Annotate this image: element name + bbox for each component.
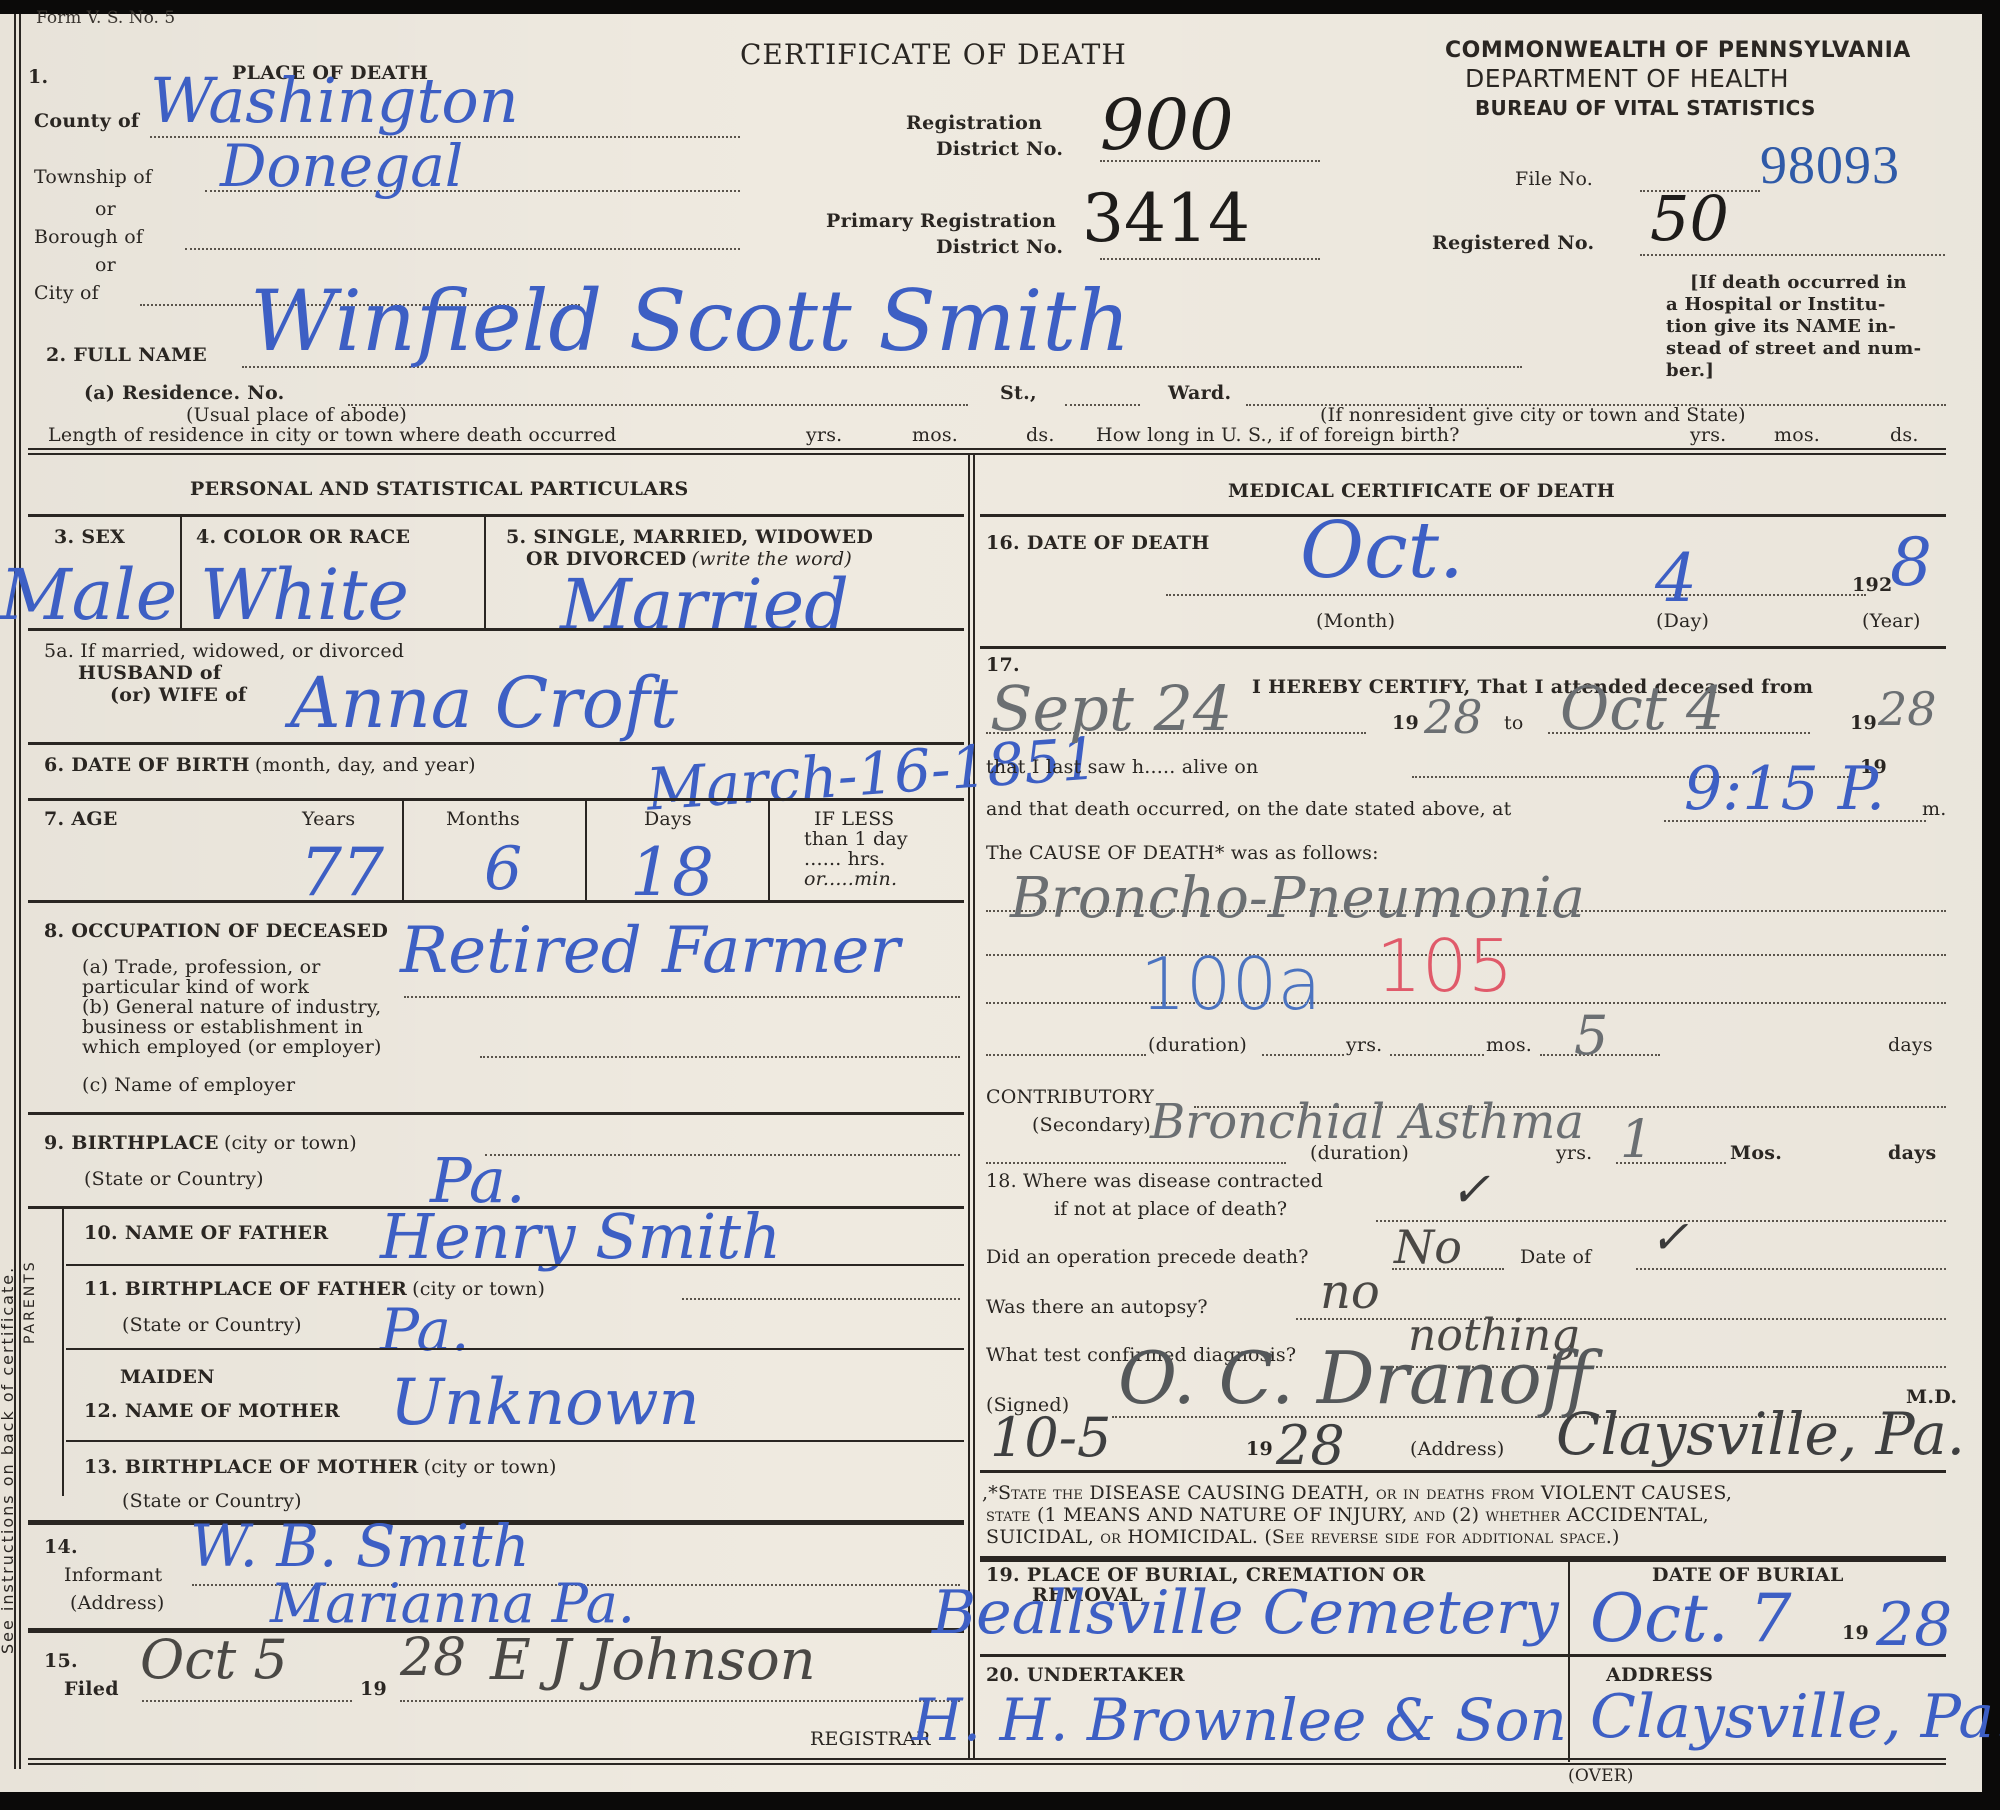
- birthplace-label: 9. BIRTHPLACE: [44, 1132, 219, 1154]
- autopsy-label: Was there an autopsy?: [986, 1296, 1208, 1318]
- date-of-value[interactable]: ✓: [1650, 1210, 1689, 1264]
- agency-line-3: BUREAU OF VITAL STATISTICS: [1475, 96, 1816, 120]
- row-rule-footnote: [980, 1556, 1946, 1562]
- form-number: Form V. S. No. 5: [36, 8, 175, 28]
- filed-date-value[interactable]: Oct 5: [140, 1628, 288, 1691]
- age-divider-1: [402, 800, 404, 900]
- date-of-label: Date of: [1520, 1246, 1591, 1268]
- row-rule-sex: [28, 628, 964, 631]
- dod-day-value[interactable]: 4: [1655, 540, 1697, 617]
- father-label: 10. NAME OF FATHER: [84, 1222, 328, 1244]
- county-value[interactable]: Washington: [150, 64, 519, 137]
- registrar-signature[interactable]: E J Johnson: [490, 1628, 816, 1693]
- or-label-2: or: [95, 254, 116, 276]
- occupation-b-3: which employed (or employer): [82, 1036, 382, 1058]
- occupation-b-1: (b) General nature of industry,: [82, 996, 381, 1018]
- occupation-a-1: (a) Trade, profession, or: [82, 956, 321, 978]
- father-value[interactable]: Henry Smith: [380, 1200, 781, 1273]
- less-than-day-4: or.....min.: [804, 868, 897, 890]
- duration-mos-label: mos.: [1486, 1034, 1532, 1056]
- hospital-note-4: stead of street and num-: [1666, 338, 1921, 359]
- duration-days-value[interactable]: 5: [1574, 1004, 1608, 1067]
- row-rule-burial: [980, 1654, 1946, 1657]
- dod-month-value[interactable]: Oct.: [1300, 506, 1464, 596]
- age-months-value[interactable]: 6: [484, 834, 522, 904]
- birthplace-note: (city or town): [224, 1132, 357, 1154]
- dob-note: (month, day, and year): [255, 754, 476, 776]
- spouse-label-2: HUSBAND of: [78, 662, 221, 684]
- mother-value[interactable]: Unknown: [390, 1366, 700, 1440]
- header-separator: [28, 448, 1946, 455]
- sex-label: 3. SEX: [54, 526, 125, 548]
- row-rule-occupation: [28, 1112, 964, 1115]
- last-saw-label: that I last saw h..... alive on: [986, 756, 1258, 778]
- medical-section-title: MEDICAL CERTIFICATE OF DEATH: [1228, 480, 1615, 502]
- filed-year-value[interactable]: 28: [400, 1628, 466, 1688]
- length-yrs: yrs.: [806, 424, 842, 446]
- age-divider-2: [585, 800, 587, 900]
- less-than-day-1: IF LESS: [814, 808, 894, 830]
- duration-days-label: days: [1888, 1034, 1933, 1056]
- primary-reg-label-1: Primary Registration: [826, 210, 1056, 232]
- age-months-label: Months: [446, 808, 520, 830]
- contributory-mos-label: Mos.: [1730, 1142, 1782, 1164]
- st-label: St.,: [1000, 382, 1037, 404]
- registrar-line: [400, 1700, 960, 1702]
- duration-line: [986, 1054, 1146, 1056]
- burial-year-prefix: 19: [1842, 1622, 1869, 1644]
- primary-reg-line: [1100, 258, 1320, 260]
- footnote-line-3: SUICIDAL, or HOMICIDAL. (See reverse sid…: [986, 1526, 1620, 1548]
- maiden-label: MAIDEN: [120, 1366, 215, 1388]
- contributory-duration-label: (duration): [1310, 1142, 1409, 1164]
- autopsy-value[interactable]: no: [1320, 1264, 1380, 1320]
- row-rule-father: [66, 1264, 964, 1266]
- reg-district-label-2: District No.: [936, 138, 1063, 160]
- length-residence-label: Length of residence in city or town wher…: [48, 424, 617, 446]
- borough-label: Borough of: [34, 226, 143, 248]
- township-label: Township of: [34, 166, 152, 188]
- margin-instructions-note: See instructions on back of certificate.: [0, 1266, 17, 1654]
- length-mos: mos.: [912, 424, 958, 446]
- cause-code-red: 105: [1376, 924, 1513, 1008]
- occupation-a-2: particular kind of work: [82, 976, 309, 998]
- occupation-label: 8. OCCUPATION OF DECEASED: [44, 920, 388, 942]
- father-birthplace-value[interactable]: Pa.: [380, 1296, 469, 1364]
- agency-line-2: DEPARTMENT OF HEALTH: [1465, 64, 1789, 93]
- dod-year-prefix: 192: [1852, 574, 1893, 596]
- age-days-label: Days: [644, 808, 692, 830]
- filed-year-prefix: 19: [360, 1678, 387, 1700]
- occupation-b-2: business or establishment in: [82, 1016, 363, 1038]
- age-label: 7. AGE: [44, 808, 118, 830]
- over-label: (OVER): [1568, 1766, 1634, 1786]
- informant-value[interactable]: W. B. Smith: [190, 1512, 530, 1580]
- to-label: to: [1504, 712, 1523, 734]
- row-rule-dod: [980, 646, 1946, 649]
- q18-value[interactable]: ✓: [1450, 1162, 1490, 1218]
- attended-to-value[interactable]: Oct 4: [1560, 674, 1724, 744]
- row-rule-father-bp: [66, 1348, 964, 1350]
- from-year-prefix: 19: [1392, 712, 1419, 734]
- mother-birthplace-note: (city or town): [424, 1456, 557, 1478]
- informant-label: Informant: [64, 1564, 162, 1586]
- mother-birthplace-state-label: (State or Country): [122, 1490, 302, 1512]
- or-label-1: or: [95, 198, 116, 220]
- contributory-yrs-value[interactable]: 1: [1620, 1110, 1653, 1170]
- undertaker-label: 20. UNDERTAKER: [986, 1664, 1185, 1686]
- agency-line-1: COMMONWEALTH OF PENNSYLVANIA: [1445, 38, 1911, 63]
- reg-district-value[interactable]: 900: [1100, 84, 1234, 166]
- age-years-label: Years: [302, 808, 355, 830]
- burial-year-value[interactable]: 28: [1876, 1590, 1952, 1660]
- file-no-stamp: 98093: [1760, 134, 1900, 196]
- foreign-yrs: yrs.: [1690, 424, 1726, 446]
- certificate-paper: Form V. S. No. 5 CERTIFICATE OF DEATH CO…: [0, 14, 1982, 1792]
- occupation-value[interactable]: Retired Farmer: [400, 914, 900, 988]
- footnote-line-1: ,*State the DISEASE CAUSING DEATH, or in…: [982, 1482, 1732, 1504]
- row-rule-age: [28, 900, 964, 903]
- to-year-value[interactable]: 28: [1878, 682, 1937, 736]
- bottom-separator: [28, 1758, 1946, 1765]
- physician-address-label: (Address): [1410, 1438, 1505, 1460]
- duration-yrs-line[interactable]: [1262, 1054, 1344, 1056]
- birthplace-line[interactable]: [485, 1154, 960, 1156]
- spouse-value[interactable]: Anna Croft: [290, 662, 678, 744]
- hospital-note-1: [If death occurred in: [1690, 272, 1907, 293]
- borough-line[interactable]: [185, 248, 740, 250]
- race-value[interactable]: White: [200, 554, 409, 636]
- father-birthplace-line[interactable]: [682, 1298, 960, 1300]
- row-rule-mother: [66, 1440, 964, 1442]
- burial-date-value[interactable]: Oct. 7: [1590, 1580, 1792, 1657]
- birthplace-state-label: (State or Country): [84, 1168, 264, 1190]
- year-caption: (Year): [1862, 610, 1921, 632]
- operation-value[interactable]: No: [1394, 1220, 1462, 1274]
- duration-mos-line[interactable]: [1390, 1054, 1484, 1056]
- township-value[interactable]: Donegal: [220, 132, 463, 200]
- personal-title-rule: [28, 514, 964, 517]
- full-name-value[interactable]: Winfield Scott Smith: [250, 272, 1130, 370]
- filed-number: 15.: [44, 1650, 78, 1672]
- to-year-prefix: 19: [1850, 712, 1877, 734]
- less-than-day-3: ...... hrs.: [804, 848, 886, 870]
- hospital-note-5: ber.]: [1666, 360, 1714, 381]
- personal-section-title: PERSONAL AND STATISTICAL PARTICULARS: [190, 478, 688, 500]
- signed-year-prefix: 19: [1246, 1438, 1273, 1460]
- dod-line: [1166, 594, 1866, 596]
- day-caption: (Day): [1656, 610, 1709, 632]
- filed-date-line: [142, 1700, 352, 1702]
- contributory-days-label: days: [1888, 1142, 1937, 1164]
- primary-reg-label-2: District No.: [936, 236, 1063, 258]
- dod-label: 16. DATE OF DEATH: [986, 532, 1210, 554]
- certify-text: I HEREBY CERTIFY, That I attended deceas…: [1252, 676, 1813, 698]
- from-year-value[interactable]: 28: [1424, 690, 1483, 744]
- hospital-note-3: tion give its NAME in-: [1666, 316, 1896, 337]
- secondary-label: (Secondary): [1032, 1114, 1151, 1136]
- informant-address-label: (Address): [70, 1592, 165, 1614]
- footnote-line-2: state (1 MEANS AND NATURE OF INJURY, and…: [986, 1504, 1709, 1526]
- city-label: City of: [34, 282, 99, 304]
- contributory-label: CONTRIBUTORY: [986, 1086, 1154, 1108]
- duration-yrs-label: yrs.: [1346, 1034, 1382, 1056]
- foreign-mos: mos.: [1774, 424, 1820, 446]
- signed-date-value[interactable]: 10-5: [990, 1406, 1111, 1469]
- ward-label: Ward.: [1168, 382, 1231, 404]
- race-marital-divider: [484, 516, 486, 628]
- burial-place-value[interactable]: Beallsville Cemetery: [932, 1578, 1559, 1648]
- date-of-line: [1636, 1268, 1946, 1270]
- filed-label: Filed: [64, 1678, 119, 1700]
- page-title: CERTIFICATE OF DEATH: [740, 38, 1127, 71]
- contributory-yrs-label: yrs.: [1556, 1142, 1592, 1164]
- row-rule-dob: [28, 798, 964, 801]
- autopsy-line: [1296, 1318, 1946, 1320]
- cause-code-blue: 100a: [1140, 942, 1322, 1026]
- sex-race-divider: [180, 516, 182, 628]
- mother-birthplace-label: 13. BIRTHPLACE OF MOTHER: [84, 1456, 419, 1478]
- file-no-label: File No.: [1515, 168, 1593, 190]
- spouse-label-3: (or) WIFE of: [110, 684, 247, 706]
- reg-district-label-1: Registration: [906, 112, 1042, 134]
- length-ds: ds.: [1026, 424, 1055, 446]
- foreign-birth-label: How long in U. S., if of foreign birth?: [1096, 424, 1460, 446]
- q18-label-2: if not at place of death?: [1054, 1198, 1287, 1220]
- hospital-note-2: a Hospital or Institu-: [1666, 294, 1886, 315]
- undertaker-address-value[interactable]: Claysville, Pa.: [1590, 1682, 2000, 1752]
- column-divider: [968, 454, 975, 1759]
- age-divider-3: [768, 800, 770, 900]
- county-label: County of: [34, 110, 139, 132]
- occupation-a-line: [404, 996, 960, 998]
- dob-label: 6. DATE OF BIRTH: [44, 754, 250, 776]
- mother-label: 12. NAME OF MOTHER: [84, 1400, 340, 1422]
- marital-label-1: 5. SINGLE, MARRIED, WIDOWED: [506, 526, 873, 548]
- cause-value[interactable]: Broncho-Pneumonia: [1010, 866, 1585, 931]
- nonresident-note: (If nonresident give city or town and St…: [1320, 404, 1746, 426]
- father-birthplace-label: 11. BIRTHPLACE OF FATHER: [84, 1278, 407, 1300]
- spouse-label-1: 5a. If married, widowed, or divorced: [44, 640, 404, 662]
- dod-year-value[interactable]: 8: [1890, 524, 1932, 601]
- undertaker-value[interactable]: H. H. Brownlee & Son: [912, 1686, 1567, 1754]
- burial-divider: [1568, 1562, 1570, 1762]
- st-line[interactable]: [1065, 404, 1140, 406]
- sex-value[interactable]: Male: [0, 554, 177, 636]
- death-time-label: and that death occurred, on the date sta…: [986, 798, 1512, 820]
- occupation-c: (c) Name of employer: [82, 1074, 295, 1096]
- q18-label-1: 18. Where was disease contracted: [986, 1170, 1323, 1192]
- marital-value[interactable]: Married: [560, 564, 849, 646]
- contributory-duration-line: [986, 1162, 1286, 1164]
- registered-no-label: Registered No.: [1432, 232, 1594, 254]
- attended-from-value[interactable]: Sept 24: [990, 672, 1232, 745]
- residence-label: (a) Residence. No.: [84, 382, 285, 404]
- less-than-day-2: than 1 day: [804, 828, 908, 850]
- foreign-ds: ds.: [1890, 424, 1919, 446]
- residence-no-line[interactable]: [348, 404, 968, 406]
- death-time-suffix: m.: [1922, 798, 1946, 820]
- physician-address-value[interactable]: Claysville, Pa.: [1556, 1400, 1965, 1468]
- physician-signature[interactable]: O. C. Dranoff: [1118, 1336, 1593, 1420]
- full-name-label: 2. FULL NAME: [46, 344, 207, 366]
- row-rule-signed: [980, 1470, 1946, 1473]
- parents-side-label: PARENTS: [22, 1259, 38, 1344]
- item-1-number: 1.: [28, 66, 48, 88]
- cause-label: The CAUSE OF DEATH* was as follows:: [986, 842, 1379, 864]
- race-label: 4. COLOR OR RACE: [196, 526, 410, 548]
- informant-address-value[interactable]: Marianna Pa.: [270, 1572, 635, 1635]
- month-caption: (Month): [1316, 610, 1395, 632]
- registered-no-value[interactable]: 50: [1650, 182, 1729, 255]
- primary-reg-value[interactable]: 3414: [1082, 180, 1250, 257]
- duration-label: (duration): [1148, 1034, 1247, 1056]
- signed-year-value[interactable]: 28: [1276, 1414, 1345, 1477]
- operation-label: Did an operation precede death?: [986, 1246, 1309, 1268]
- death-time-value[interactable]: 9:15 P.: [1684, 754, 1885, 824]
- occupation-b-line[interactable]: [480, 1056, 960, 1058]
- father-birthplace-state-label: (State or Country): [122, 1314, 302, 1336]
- informant-number: 14.: [44, 1536, 78, 1558]
- parents-bracket: [62, 1208, 64, 1496]
- abode-note: (Usual place of abode): [186, 404, 407, 426]
